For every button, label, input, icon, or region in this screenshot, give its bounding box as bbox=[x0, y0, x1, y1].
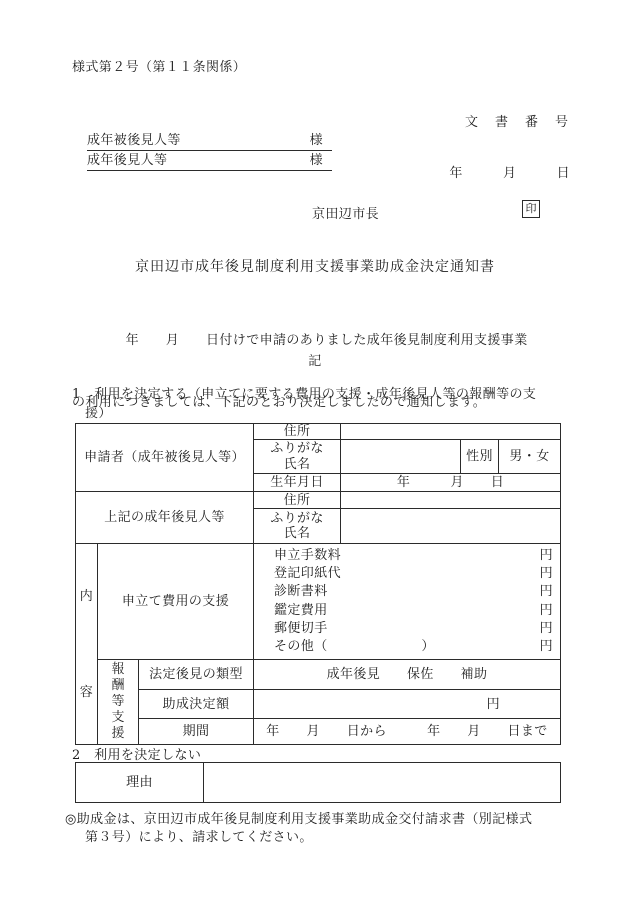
fee-name: 鑑定費用 bbox=[274, 602, 328, 620]
recipient-suffix: 様 bbox=[310, 152, 323, 170]
fee-unit: 円 bbox=[540, 547, 553, 565]
section-2-heading: 2 利用を決定しない bbox=[72, 744, 201, 763]
grant-amount-value: 円 bbox=[254, 690, 561, 719]
applicant-label: 申請者（成年被後見人等） bbox=[76, 424, 254, 492]
doc-number-block: 文 書 番 号 年 月 日 bbox=[449, 80, 570, 216]
birth-value: 年 月 日 bbox=[341, 474, 561, 492]
recipient-line-guardian: 成年後見人等 様 bbox=[87, 151, 332, 171]
fee-unit: 円 bbox=[540, 620, 553, 638]
fee-unit: 円 bbox=[540, 602, 553, 620]
fee-row: 診断書料 円 bbox=[274, 583, 553, 601]
doc-number-label: 文 書 番 号 bbox=[449, 114, 570, 131]
filing-fee-list: 申立手数料 円 登記印紙代 円 診断書料 円 鑑定費用 円 郵便切手 円 bbox=[254, 544, 561, 660]
fee-unit: 円 bbox=[540, 638, 553, 656]
body-line-1: 年 月 日付けで申請のありました成年後見制度利用支援事業 bbox=[72, 331, 570, 352]
fee-name: 診断書料 bbox=[274, 583, 328, 601]
form-number: 様式第２号（第１１条関係） bbox=[72, 56, 246, 75]
period-label: 期間 bbox=[139, 719, 254, 745]
filing-support-label: 申立て費用の支援 bbox=[98, 544, 254, 660]
furigana-label: ふりがな bbox=[254, 441, 340, 457]
fee-row: その他（ ） 円 bbox=[274, 638, 553, 656]
fee-row: 鑑定費用 円 bbox=[274, 602, 553, 620]
name-label: 氏名 bbox=[254, 526, 340, 542]
footnote-line-2: 第３号）により、請求してください。 bbox=[65, 829, 532, 847]
applicant-address-value bbox=[341, 424, 561, 440]
fee-name: その他（ ） bbox=[274, 638, 435, 656]
applicant-address-label: 住所 bbox=[254, 424, 341, 440]
furigana-label: ふりがな bbox=[254, 511, 340, 527]
reason-value bbox=[204, 763, 561, 803]
content-label-bottom: 容 bbox=[80, 685, 93, 700]
section-1-heading: 1 利用を決定する（申立てに要する費用の支援・成年後見人等の報酬等の支 援） bbox=[72, 385, 536, 423]
guardian-address-value bbox=[341, 492, 561, 509]
section-1-line-1: 1 利用を決定する（申立てに要する費用の支援・成年後見人等の報酬等の支 bbox=[72, 385, 536, 404]
reason-label: 理由 bbox=[76, 763, 204, 803]
document-page: 様式第２号（第１１条関係） 文 書 番 号 年 月 日 成年被後見人等 様 成年… bbox=[0, 0, 630, 915]
guardianship-type-value: 成年後見 保佐 補助 bbox=[254, 660, 561, 690]
decision-table: 申請者（成年被後見人等） 住所 ふりがな 氏名 性別 男・女 生年月日 年 月 … bbox=[75, 423, 561, 745]
recipient-label: 成年後見人等 bbox=[87, 152, 167, 170]
seal-mark: 印 bbox=[522, 200, 540, 218]
footnote: ◎助成金は、京田辺市成年後見制度利用支援事業助成金交付請求書（別記様式 第３号）… bbox=[65, 811, 532, 846]
fee-row: 申立手数料 円 bbox=[274, 547, 553, 565]
fee-name: 郵便切手 bbox=[274, 620, 328, 638]
gender-label: 性別 bbox=[461, 440, 499, 474]
recipient-label: 成年被後見人等 bbox=[87, 132, 181, 150]
recipients: 成年被後見人等 様 成年後見人等 様 bbox=[87, 131, 332, 171]
document-title: 京田辺市成年後見制度利用支援事業助成金決定通知書 bbox=[0, 256, 630, 276]
applicant-furigana-name-label: ふりがな 氏名 bbox=[254, 440, 341, 474]
grant-amount-label: 助成決定額 bbox=[139, 690, 254, 719]
guardian-label: 上記の成年後見人等 bbox=[76, 492, 254, 544]
guardianship-type-label: 法定後見の類型 bbox=[139, 660, 254, 690]
period-value: 年 月 日から 年 月 日まで bbox=[254, 719, 561, 745]
fee-name: 申立手数料 bbox=[274, 547, 341, 565]
fee-row: 登記印紙代 円 bbox=[274, 565, 553, 583]
guardian-name-value bbox=[341, 509, 561, 544]
reason-table: 理由 bbox=[75, 762, 561, 803]
ki-heading: 記 bbox=[0, 350, 630, 369]
content-vertical-label: 内 容 bbox=[76, 544, 98, 745]
fee-unit: 円 bbox=[540, 565, 553, 583]
footnote-line-1: ◎助成金は、京田辺市成年後見制度利用支援事業助成金交付請求書（別記様式 bbox=[65, 811, 532, 829]
fee-unit: 円 bbox=[540, 583, 553, 601]
name-label: 氏名 bbox=[254, 457, 340, 473]
section-1-line-2: 援） bbox=[72, 404, 536, 423]
remuneration-vertical-label: 報酬等支援 bbox=[98, 660, 139, 745]
applicant-name-value bbox=[341, 440, 461, 474]
gender-value: 男・女 bbox=[499, 440, 561, 474]
fee-row: 郵便切手 円 bbox=[274, 620, 553, 638]
guardian-furigana-name-label: ふりがな 氏名 bbox=[254, 509, 341, 544]
doc-date-line: 年 月 日 bbox=[449, 165, 570, 182]
birth-label: 生年月日 bbox=[254, 474, 341, 492]
content-label-top: 内 bbox=[80, 589, 93, 604]
mayor-name: 京田辺市長 bbox=[312, 203, 379, 222]
guardian-address-label: 住所 bbox=[254, 492, 341, 509]
fee-name: 登記印紙代 bbox=[274, 565, 341, 583]
recipient-line-ward: 成年被後見人等 様 bbox=[87, 131, 332, 151]
remuneration-label-text: 報酬等支援 bbox=[111, 662, 126, 742]
recipient-suffix: 様 bbox=[310, 132, 323, 150]
